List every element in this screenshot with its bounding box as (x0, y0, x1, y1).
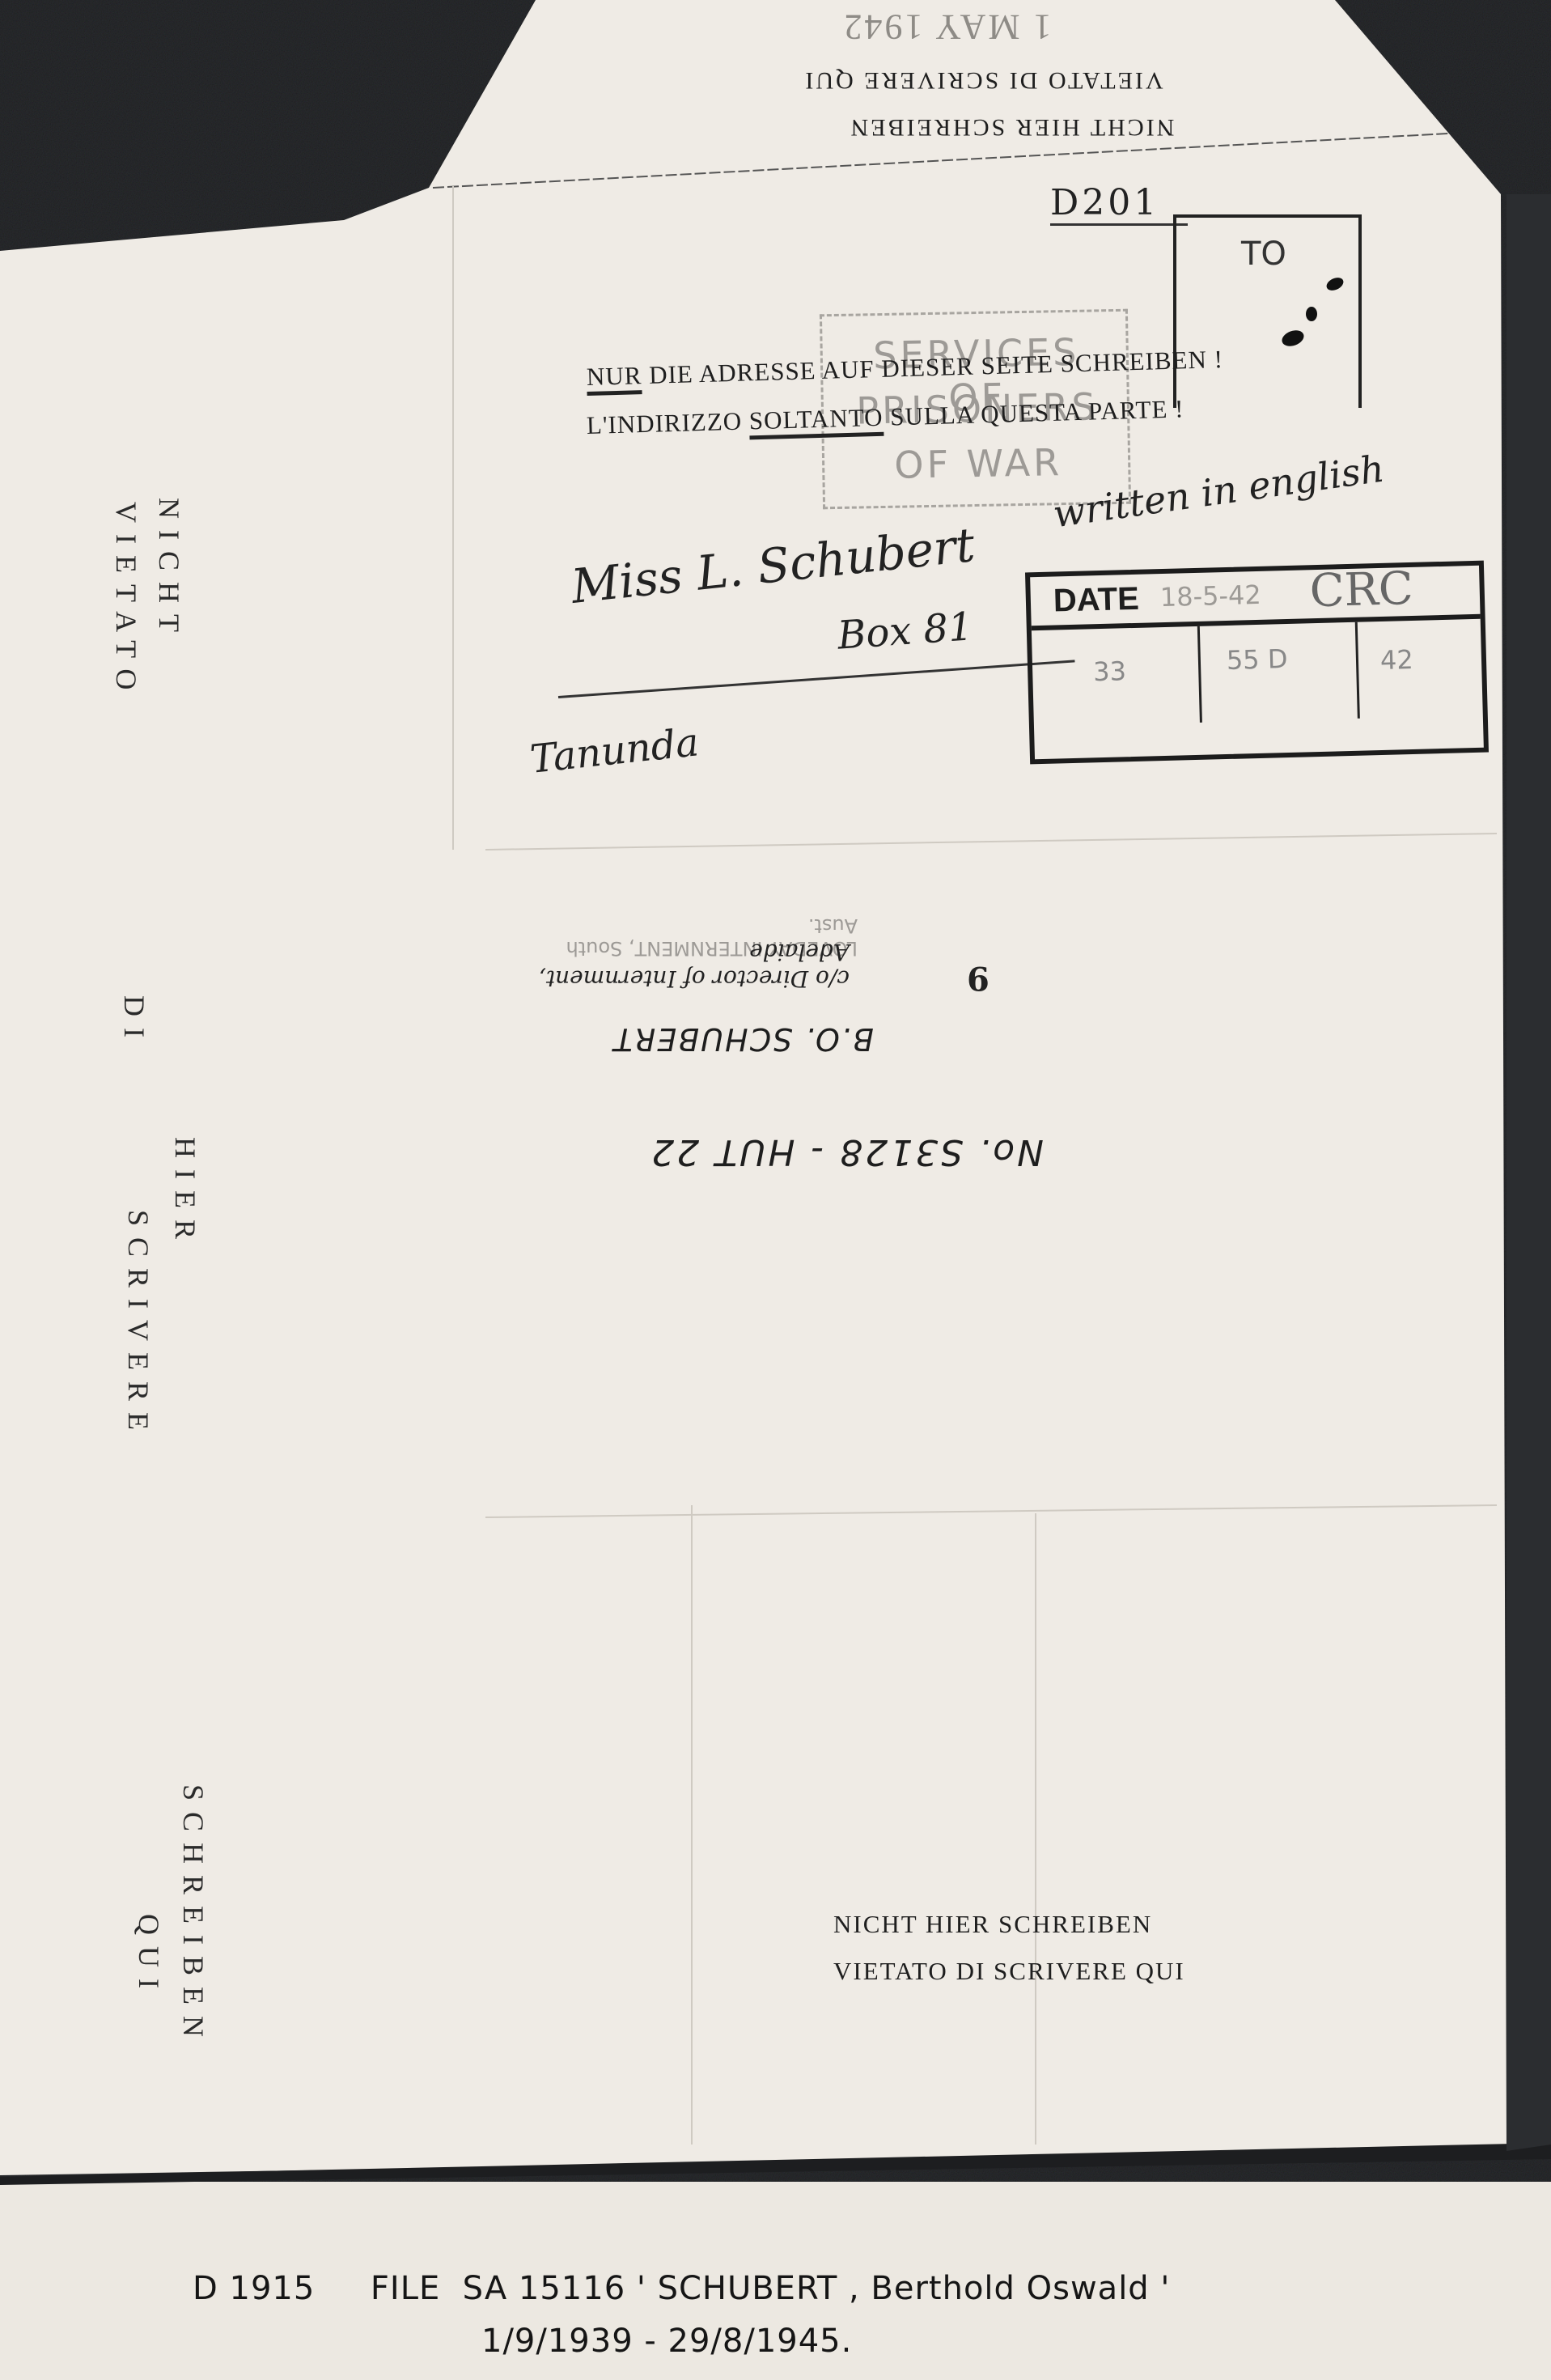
date-stamp-cell-1: 33 (1093, 655, 1127, 687)
sender-name: B.O. SCHUBERT (574, 1021, 874, 1057)
ink-blot-icon (1306, 307, 1317, 321)
reference-mark: D201 (1050, 182, 1188, 226)
date-stamp-label: DATE (1053, 581, 1139, 620)
date-stamp-value: 18-5-42 (1159, 579, 1261, 613)
date-received-stamp: DATE 18-5-42 CRC 33 55 D 42 (1025, 561, 1489, 765)
to-stamp-label: TO (1241, 235, 1286, 273)
side-warning-hier: HIER (168, 1137, 202, 1250)
flap-warning-line-1: NICHT HIER SCHREIBEN (809, 113, 1214, 141)
archive-caption-line-2: 1/9/1939 - 29/8/1945. (481, 2323, 852, 2360)
bottom-warning-line-1: NICHT HIER SCHREIBEN (833, 1910, 1152, 1939)
side-warning-nicht: NICHT (152, 498, 186, 643)
address-box: Box 81 (836, 604, 974, 659)
date-stamp-code: CRC (1309, 562, 1414, 617)
sender-care-of: c/o Director of Internment, Adelaide (510, 939, 850, 992)
side-warning-qui: QUI (132, 1914, 166, 2000)
side-warning-vietato: VIETATO (109, 502, 143, 701)
side-warning-schreiben: SCHREIBEN (176, 1784, 210, 2048)
ink-blot-icon (1280, 328, 1306, 349)
date-stamp-cell-2: 55 D (1226, 643, 1288, 676)
sender-prisoner-number: No. S3128 - HUT 22 (631, 1131, 1044, 1173)
instruction-italian-emphasis: SOLTANTO (748, 403, 884, 440)
flap-censor-date: 1 MAY 1942 (809, 6, 1084, 48)
sender-number-mark: 9 (967, 959, 990, 997)
instruction-german-emphasis: NUR (586, 361, 642, 396)
ink-blot-icon (1324, 275, 1345, 293)
bottom-warning-line-2: VIETATO DI SCRIVERE QUI (833, 1957, 1185, 1986)
instruction-italian-prefix: L'INDIRIZZO (586, 407, 742, 439)
flap-warning-line-2: VIETATO DI SCRIVERE QUI (765, 66, 1201, 94)
date-stamp-header: DATE 18-5-42 CRC (1030, 566, 1481, 631)
services-stamp-line-3: OF WAR (849, 439, 1108, 488)
side-warning-scrivere: SCRIVERE (121, 1210, 155, 1441)
side-warning-di: DI (117, 995, 151, 1049)
to-stamp: TO (1173, 214, 1362, 408)
date-stamp-cell-3: 42 (1379, 644, 1413, 676)
archive-caption-line-1: D 1915 FILE SA 15116 ' SCHUBERT , Bertho… (193, 2270, 1170, 2307)
